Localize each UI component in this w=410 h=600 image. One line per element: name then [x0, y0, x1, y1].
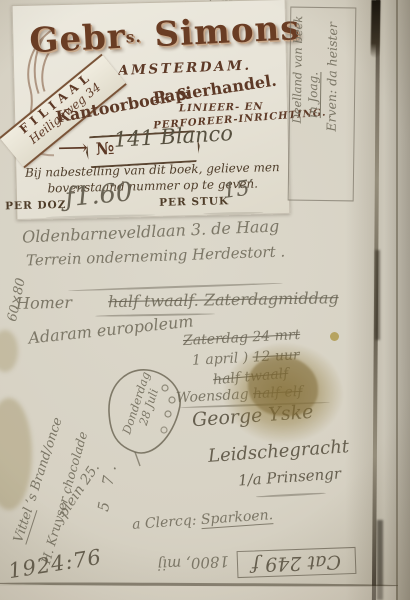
bottom-page-strip: [0, 586, 396, 600]
price-stuk-label: PER STUK: [159, 195, 229, 209]
paper-stain-left-small: [0, 330, 18, 372]
bookseller-ticket: Gebrs. Simons AMSTERDAM. FILIAAL Heilige…: [12, 0, 291, 220]
ink-mark-top: [370, 0, 380, 58]
brand-part2: Simons: [153, 8, 301, 55]
pencil-note-homer: Homer half twaalf. Zaterdagmiddag: [16, 290, 339, 312]
note-woensdag-struck: half elf: [253, 384, 303, 403]
upside-boxed-text: Cat 249 ƒ: [237, 547, 357, 578]
upside-down-note: Cat 249 ƒ 1800, mij: [100, 541, 356, 585]
pencil-note-zaterdag: Zaterdag 24 mrt: [183, 328, 301, 348]
price-doz-label: PER DOZ: [5, 199, 66, 212]
note-april-keep: 1 april ): [192, 350, 249, 369]
pencil-note-leidschegracht: Leidschegracht: [208, 438, 350, 466]
city-text: AMSTERDAM.: [118, 58, 252, 79]
side-note-line1: Deelland van beek: [292, 16, 305, 124]
paper-spot: [330, 332, 339, 341]
upside-value-text: 1800, mij: [157, 554, 229, 573]
ink-mark-middle: [375, 250, 380, 340]
pencil-note-60x80: 60×80: [6, 277, 28, 323]
note-april-struck: 12 uur: [252, 347, 300, 365]
pencil-note-europoleum: Adaram europoleum: [28, 313, 195, 346]
vittel-underlined: Vittel: [11, 506, 37, 545]
pencil-note-clercq: a Clercq: Sparkoen.: [132, 508, 274, 532]
side-note-line2: in Joag.: [307, 72, 320, 118]
pencil-note-april: 1 april ) 12 uur: [192, 348, 300, 368]
brand-part1: Gebr: [28, 17, 126, 62]
clercq-keep: a Clercq:: [132, 512, 202, 533]
pencil-note-address: Oldenbarneveldlaan 3. de Haag: [22, 218, 280, 245]
inventory-number: 1924:76: [7, 547, 103, 582]
note-homer-struck: half twaalf. Zaterdagmiddag: [108, 288, 339, 311]
page-edge-line: [396, 0, 398, 600]
arrow-icon: ⟶: [58, 135, 89, 160]
handwritten-number: 141 Blanco: [113, 123, 233, 151]
price-stuk-value: 15′: [222, 177, 256, 202]
number-prefix: №: [95, 139, 115, 160]
clercq-underlined: Sparkoen.: [200, 507, 273, 529]
brand-name: Gebrs. Simons: [28, 8, 301, 61]
scanned-notebook-cover: gerkenboek amsterdam Gebrs. Simons AMSTE…: [0, 0, 410, 600]
brand-superscript: s.: [125, 28, 142, 47]
price-doz-value: ƒ1.60: [64, 179, 134, 211]
side-note-line3: Erven: da heister: [326, 22, 340, 132]
pencil-note-terrain: Terrein onderneming Herdestort .: [26, 244, 286, 268]
pencil-note-prinsengracht: 1/a Prinsengr: [238, 466, 342, 488]
